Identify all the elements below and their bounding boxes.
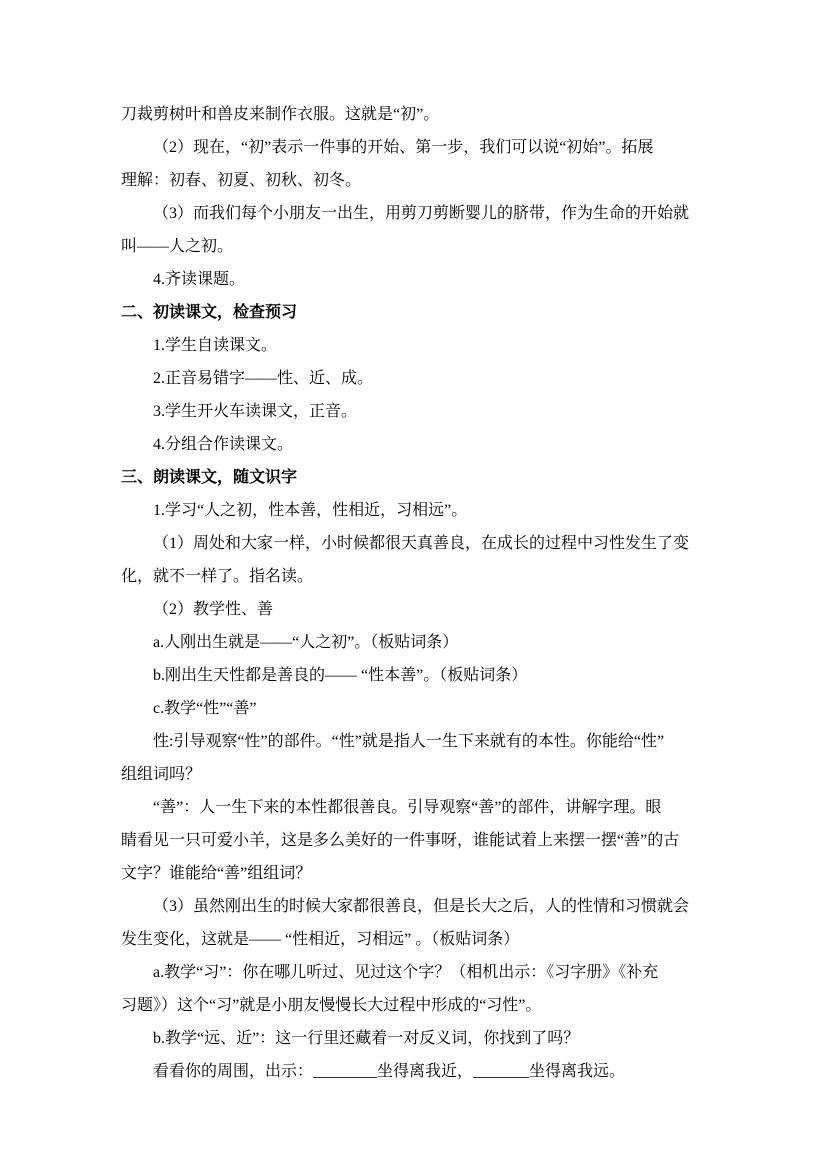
document-page: 刀裁剪树叶和兽皮来制作衣服。这就是“初”。 （2）现在，“初”表示一件事的开始、…: [0, 0, 827, 1170]
doc-line-21: 组组词吗？: [121, 758, 781, 791]
doc-line-5: 叫――人之初。: [121, 230, 781, 263]
doc-line-17: a.人刚出生就是――“人之初”。（板贴词条）: [121, 626, 781, 659]
doc-line-11: 4.分组合作读课文。: [121, 428, 781, 461]
doc-line-19: c.教学“性”“善”: [121, 692, 781, 725]
doc-line-3: 理解：初春、初夏、初秋、初冬。: [121, 164, 781, 197]
section-3-heading: 三、朗读课文，随文识字: [121, 461, 781, 494]
document-body: 刀裁剪树叶和兽皮来制作衣服。这就是“初”。 （2）现在，“初”表示一件事的开始、…: [121, 98, 781, 1088]
doc-line-2: （2）现在，“初”表示一件事的开始、第一步，我们可以说“初始”。拓展: [121, 131, 781, 164]
doc-line-15: 化，就不一样了。指名读。: [121, 560, 781, 593]
doc-line-30: 看看你的周围，出示：________坐得离我近，_______坐得离我远。: [121, 1055, 781, 1088]
section-2-heading: 二、初读课文，检查预习: [121, 296, 781, 329]
doc-line-26: 发生变化，这就是―― “性相近，习相远” 。（板贴词条）: [121, 923, 781, 956]
doc-line-20: 性:引导观察“性”的部件。“性”就是指人一生下来就有的本性。你能给“性”: [121, 725, 781, 758]
doc-line-16: （2）教学性、善: [121, 593, 781, 626]
doc-line-24: 文字？谁能给“善”组组词？: [121, 857, 781, 890]
doc-line-4: （3）而我们每个小朋友一出生，用剪刀剪断婴儿的脐带，作为生命的开始就: [121, 197, 781, 230]
doc-line-28: 习题》）这个“习”就是小朋友慢慢长大过程中形成的“习性”。: [121, 989, 781, 1022]
doc-line-14: （1）周处和大家一样，小时候都很天真善良，在成长的过程中习性发生了变: [121, 527, 781, 560]
doc-line-25: （3）虽然刚出生的时候大家都很善良，但是长大之后，人的性情和习惯就会: [121, 890, 781, 923]
doc-line-1: 刀裁剪树叶和兽皮来制作衣服。这就是“初”。: [121, 98, 781, 131]
doc-line-27: a.教学“习”：你在哪儿听过、见过这个字？（相机出示：《习字册》《补充: [121, 956, 781, 989]
doc-line-9: 2.正音易错字――性、近、成。: [121, 362, 781, 395]
doc-line-22: “善”：人一生下来的本性都很善良。引导观察“善”的部件，讲解字理。眼: [121, 791, 781, 824]
doc-line-8: 1.学生自读课文。: [121, 329, 781, 362]
doc-line-10: 3.学生开火车读课文，正音。: [121, 395, 781, 428]
doc-line-23: 睛看见一只可爱小羊，这是多么美好的一件事呀，谁能试着上来摆一摆“善”的古: [121, 824, 781, 857]
doc-line-29: b.教学“远、近”：这一行里还藏着一对反义词，你找到了吗？: [121, 1022, 781, 1055]
doc-line-18: b.刚出生天性都是善良的―― “性本善”。（板贴词条）: [121, 659, 781, 692]
doc-line-13: 1.学习“人之初，性本善，性相近，习相远”。: [121, 494, 781, 527]
doc-line-6: 4.齐读课题。: [121, 263, 781, 296]
